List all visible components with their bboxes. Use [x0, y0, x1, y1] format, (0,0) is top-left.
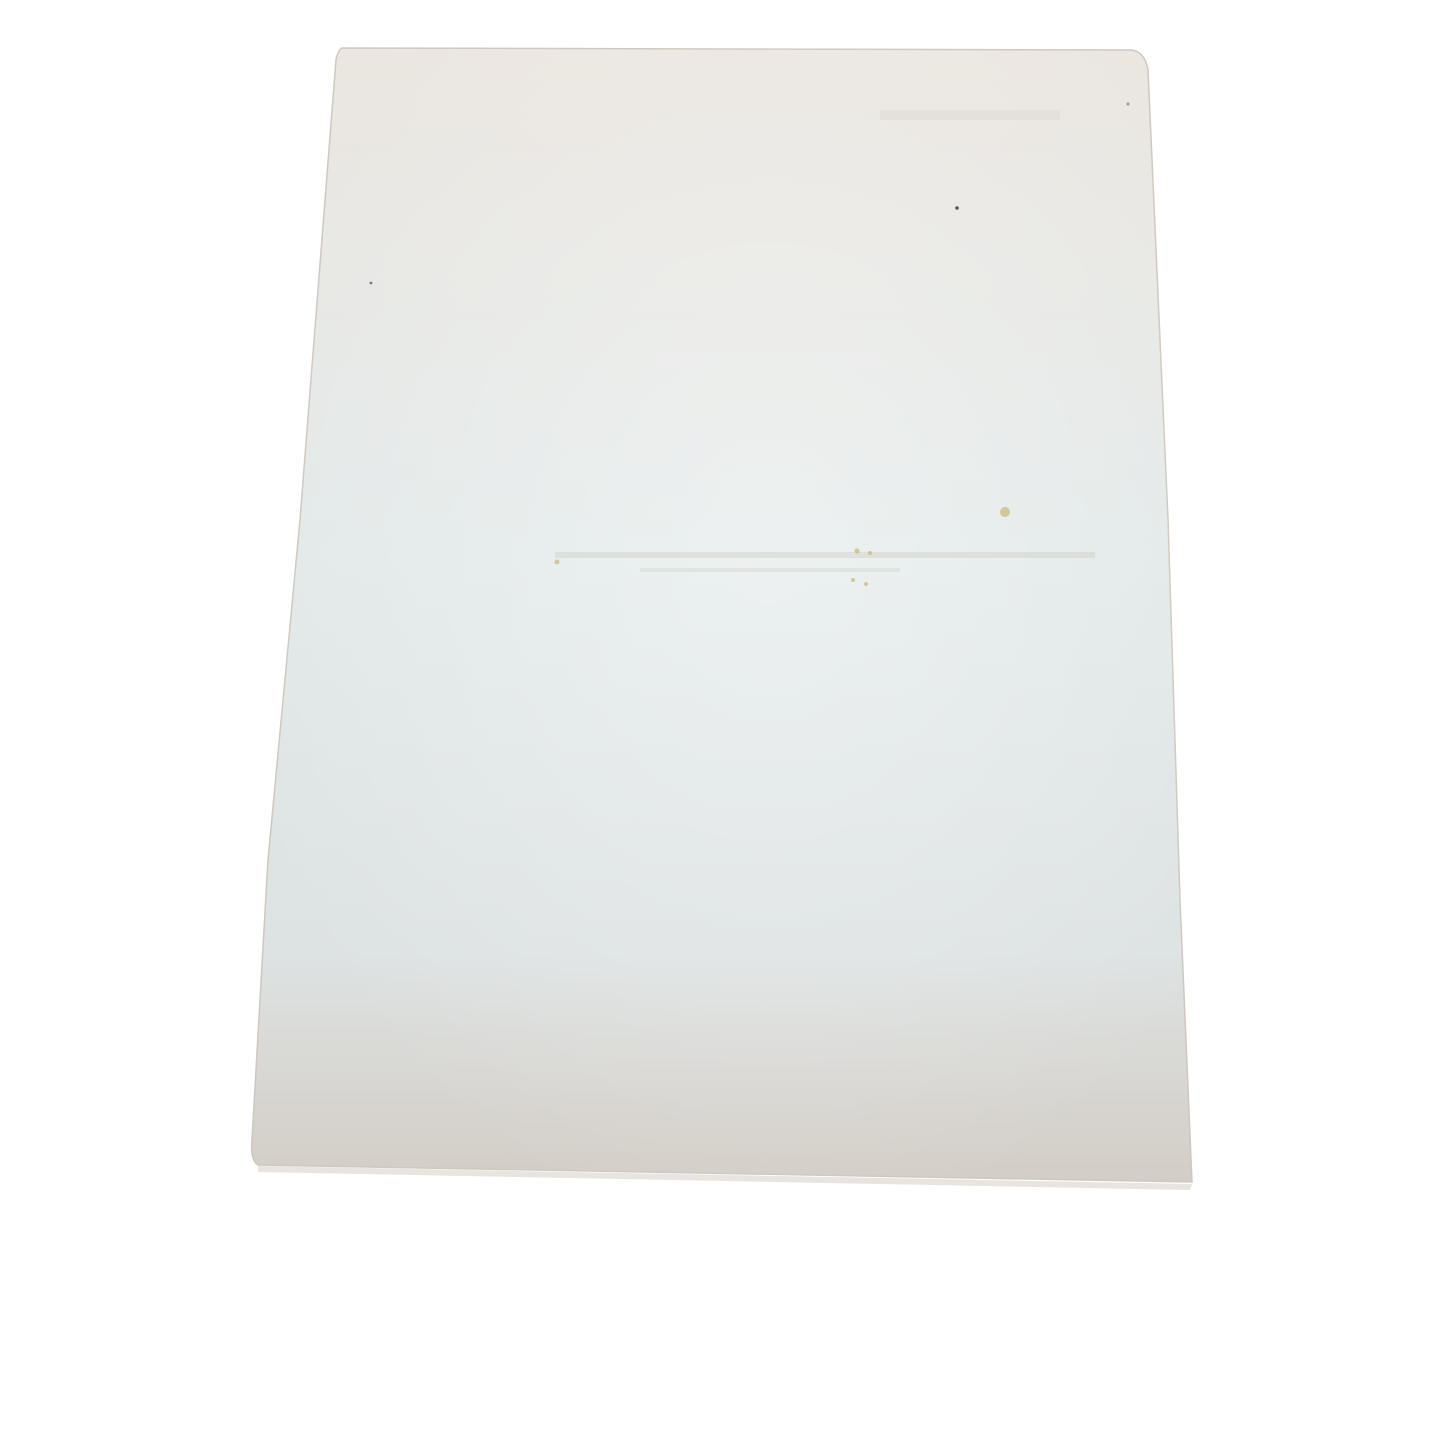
- paper-sheet: [0, 0, 1445, 1445]
